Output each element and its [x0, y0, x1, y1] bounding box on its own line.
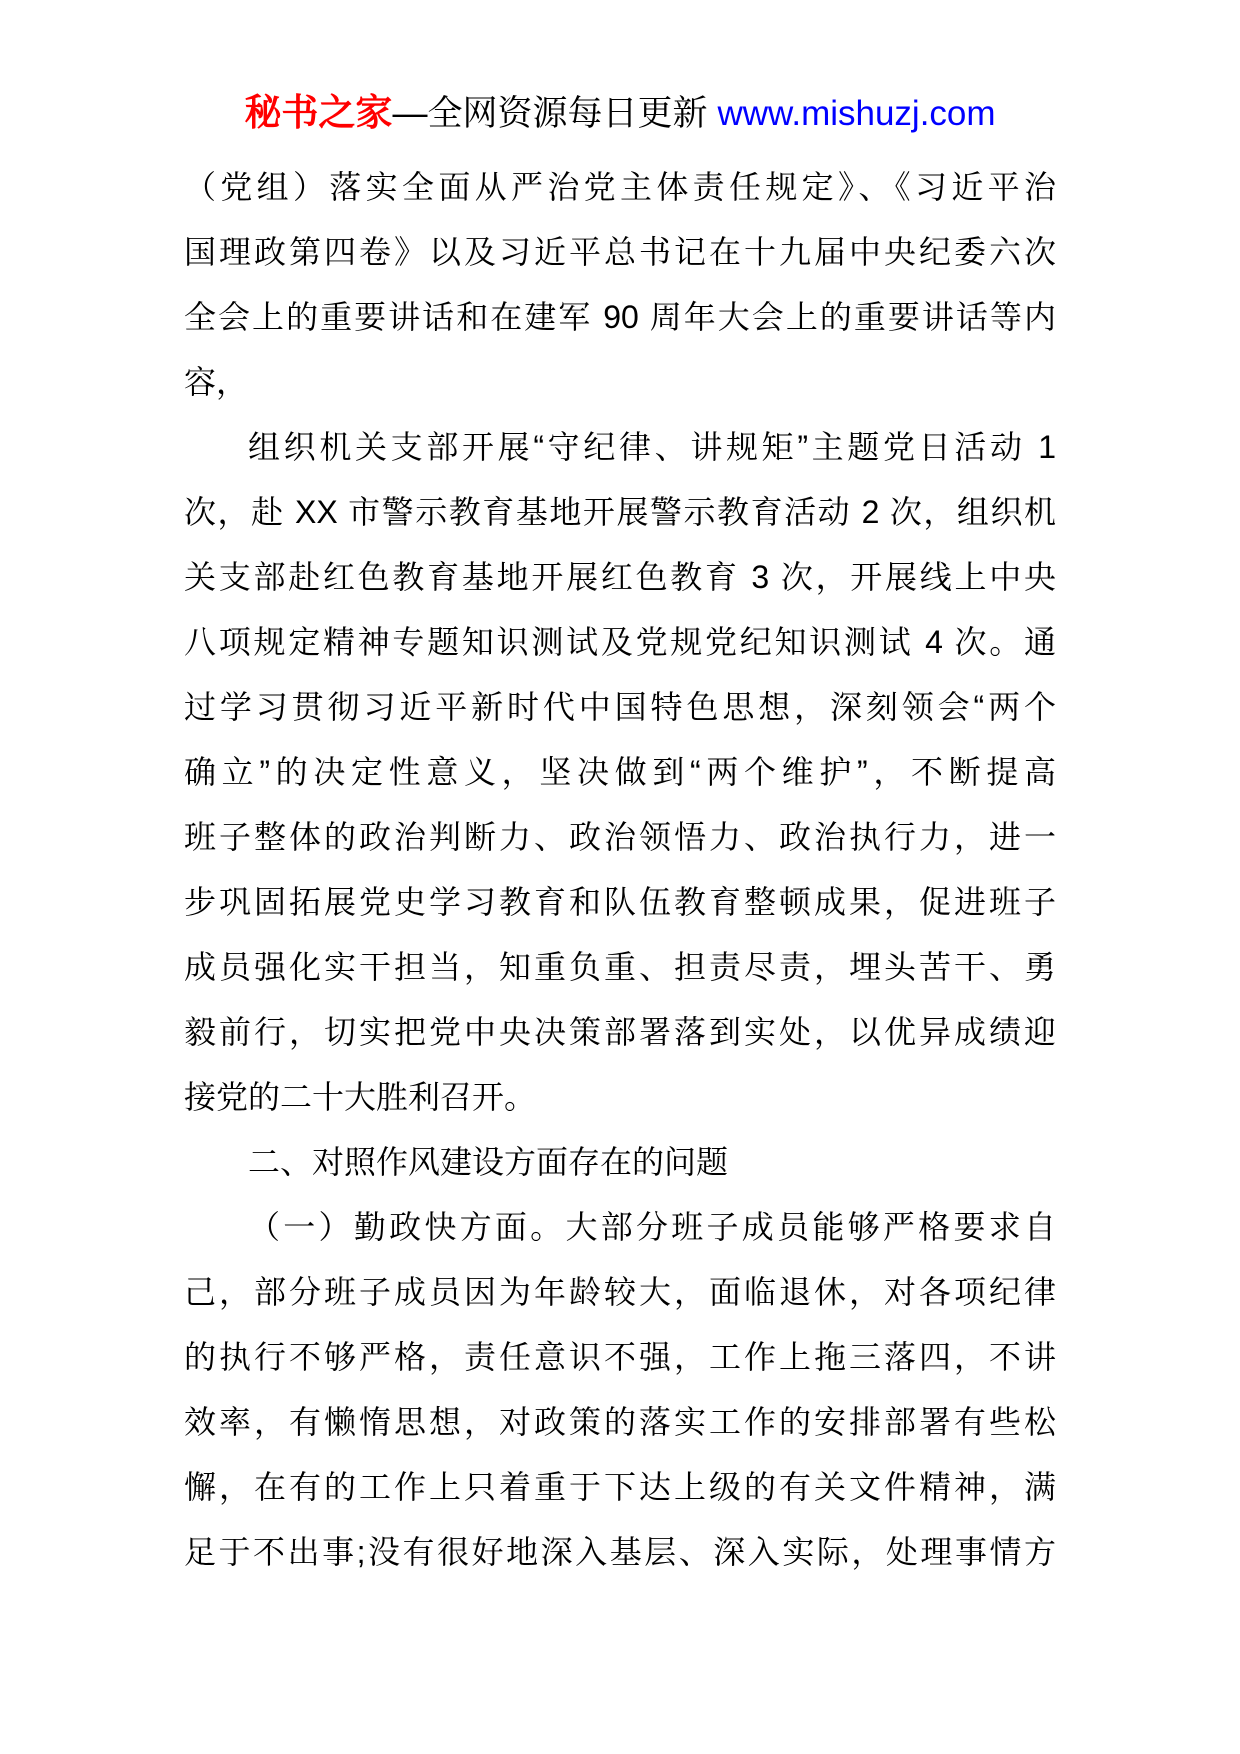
text-line: 成员强化实干担当，知重负重、担责尽责，埋头苦干、勇 [184, 935, 1056, 1000]
text-line: 的执行不够严格，责任意识不强，工作上拖三落四，不讲 [184, 1325, 1056, 1390]
text-line: 过学习贯彻习近平新时代中国特色思想，深刻领会“两个 [184, 675, 1056, 740]
text-line: 己，部分班子成员因为年龄较大，面临退休，对各项纪律 [184, 1260, 1056, 1325]
text-line: 八项规定精神专题知识测试及党规党纪知识测试 4 次。通 [184, 610, 1056, 675]
text-line: 二、对照作风建设方面存在的问题 [184, 1130, 1056, 1195]
text-line: 懈，在有的工作上只着重于下达上级的有关文件精神，满 [184, 1455, 1056, 1520]
text-line: 容， [184, 350, 1056, 415]
site-name: 秘书之家 [244, 92, 392, 133]
text-line: 效率，有懒惰思想，对政策的落实工作的安排部署有些松 [184, 1390, 1056, 1455]
header-dash: — [392, 94, 427, 133]
document-body: （党组）落实全面从严治党主体责任规定》、《习近平治国理政第四卷》以及习近平总书记… [184, 155, 1056, 1585]
text-line: 班子整体的政治判断力、政治领悟力、政治执行力，进一 [184, 805, 1056, 870]
text-line: 确立”的决定性意义，坚决做到“两个维护”，不断提高 [184, 740, 1056, 805]
header-tagline: 全网资源每日更新 [427, 94, 707, 133]
document-page: 秘书之家—全网资源每日更新www.mishuzj.com （党组）落实全面从严治… [0, 0, 1240, 1754]
page-header: 秘书之家—全网资源每日更新www.mishuzj.com [0, 88, 1240, 138]
text-line: 关支部赴红色教育基地开展红色教育 3 次，开展线上中央 [184, 545, 1056, 610]
text-line: 足于不出事;没有很好地深入基层、深入实际，处理事情方 [184, 1520, 1056, 1585]
text-line: 毅前行，切实把党中央决策部署落到实处，以优异成绩迎 [184, 1000, 1056, 1065]
site-url-link[interactable]: www.mishuzj.com [717, 94, 995, 133]
text-line: 步巩固拓展党史学习教育和队伍教育整顿成果，促进班子 [184, 870, 1056, 935]
text-line: 组织机关支部开展“守纪律、讲规矩”主题党日活动 1 [184, 415, 1056, 480]
text-line: （一）勤政快方面。大部分班子成员能够严格要求自 [184, 1195, 1056, 1260]
text-line: 国理政第四卷》以及习近平总书记在十九届中央纪委六次 [184, 220, 1056, 285]
text-line: 全会上的重要讲话和在建军 90 周年大会上的重要讲话等内 [184, 285, 1056, 350]
text-line: （党组）落实全面从严治党主体责任规定》、《习近平治 [184, 155, 1056, 220]
text-line: 接党的二十大胜利召开。 [184, 1065, 1056, 1130]
text-line: 次，赴 XX 市警示教育基地开展警示教育活动 2 次，组织机 [184, 480, 1056, 545]
